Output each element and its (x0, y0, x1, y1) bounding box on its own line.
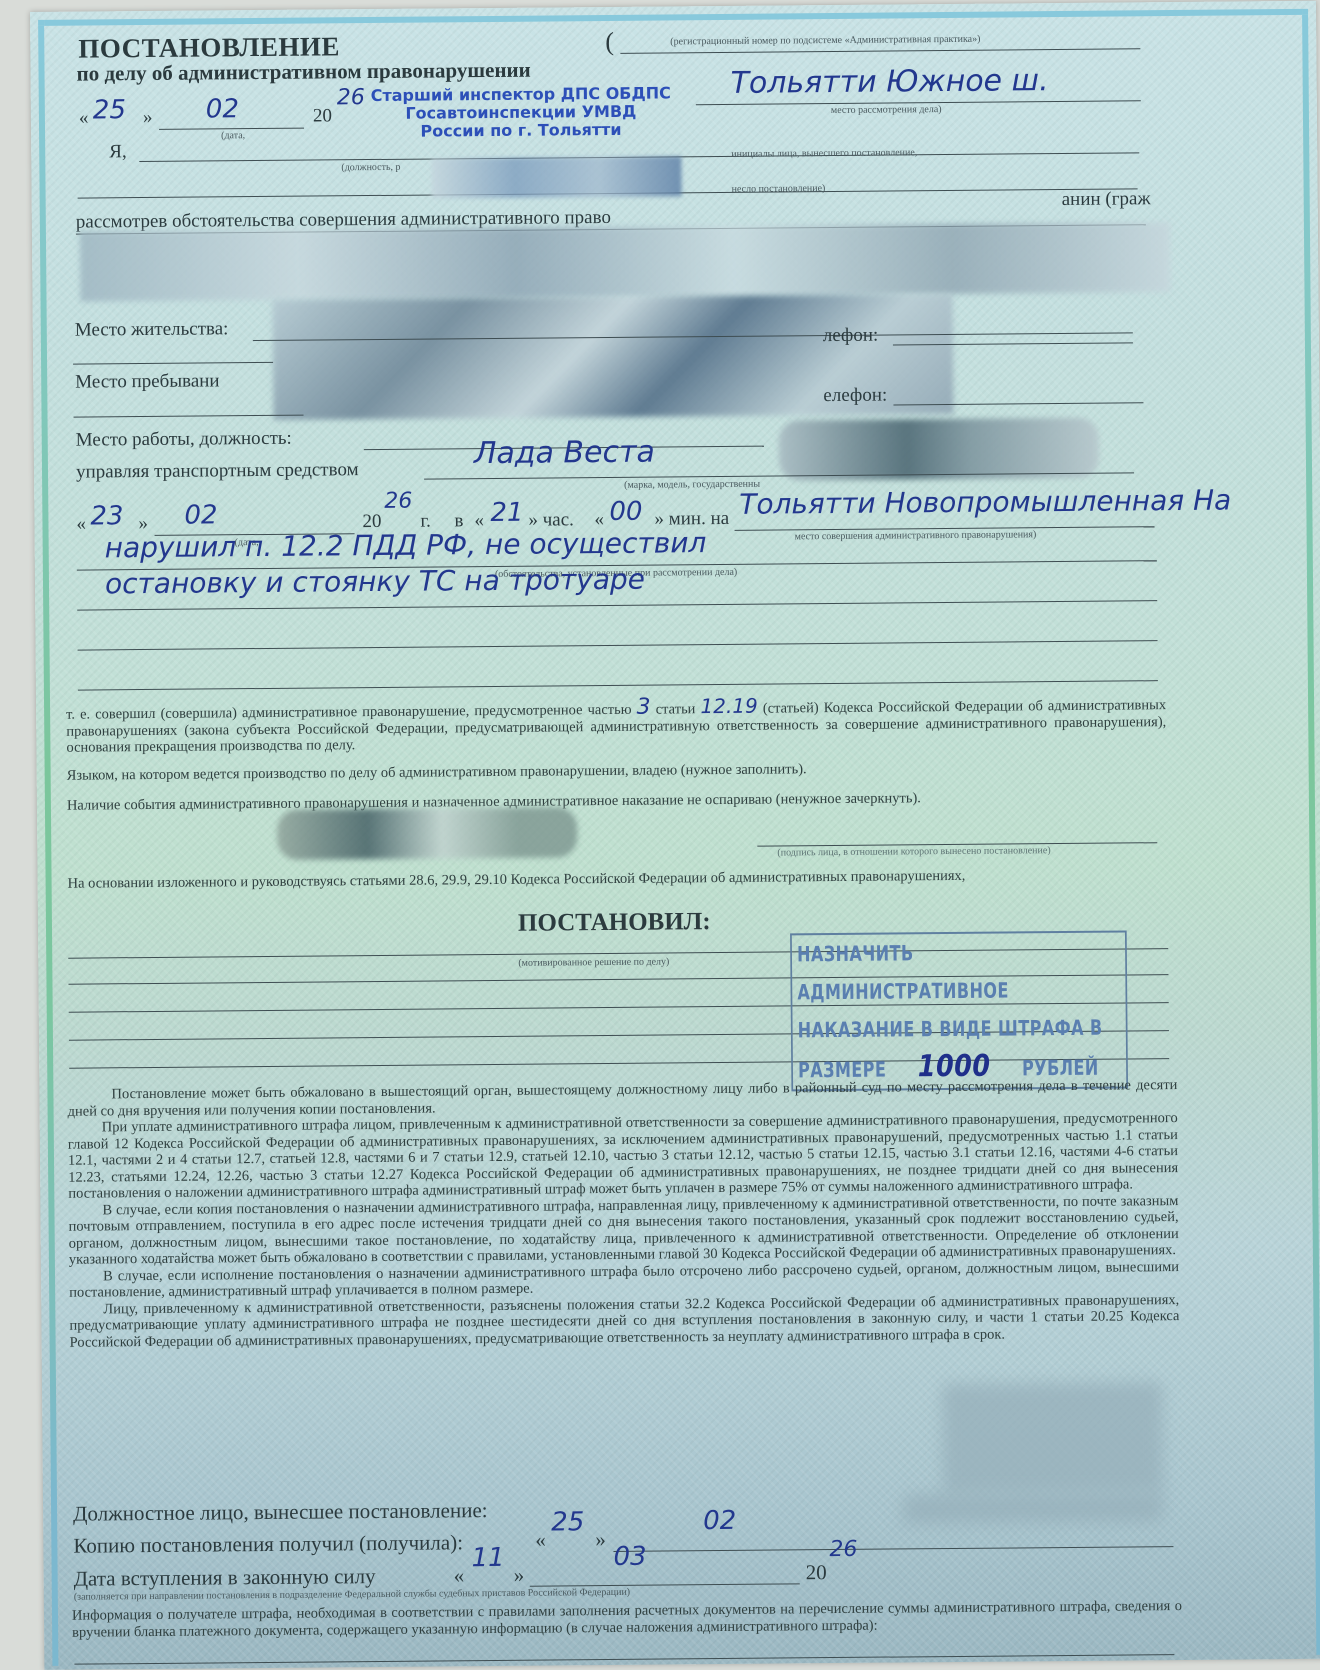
i-label: Я, (109, 141, 127, 163)
legal-paragraph-explanation: Лицу, привлеченному к административной о… (69, 1292, 1179, 1351)
violation-paragraph: т. е. совершил (совершила) административ… (66, 694, 1166, 756)
officer-stamp: Старший инспектор ДПС ОБДПС Госавтоинспе… (356, 84, 686, 141)
phone-label-1: лефон: (823, 325, 879, 347)
phone-label-2: елефон: (823, 385, 887, 408)
vehicle-value: Лада Веста (474, 435, 655, 472)
issue-month: 02 (206, 94, 239, 124)
offense-month: 02 (184, 500, 217, 530)
copy-received-month: 02 (703, 1506, 736, 1536)
work-label: Место работы, должность: (76, 428, 292, 452)
violation-articles-label: (статьей) (763, 700, 819, 716)
decision-caption: (мотивированное решение по делу) (518, 956, 669, 968)
place-of-review-value: Тольятти Южное ш. (730, 63, 1048, 101)
stay-label: Место пребывани (75, 370, 219, 393)
copy-date-close: » (595, 1527, 606, 1552)
issue-year-prefix: 20 (313, 105, 332, 127)
copy-date-open: « (535, 1528, 546, 1553)
issue-day: 25 (93, 95, 126, 125)
effective-year-prefix: 20 (806, 1560, 827, 1585)
offense-day: 23 (90, 501, 123, 531)
offense-hour: 21 (490, 498, 523, 528)
effective-year-suffix: 26 (829, 1537, 857, 1562)
effective-day: 11 (471, 1543, 504, 1573)
violation-part: 3 (636, 695, 650, 720)
offense-year-suffix: 26 (384, 489, 412, 514)
legal-paragraph-mail: В случае, если копия постановления о наз… (68, 1193, 1179, 1269)
officer-caption-3: несло постановление) (732, 183, 826, 195)
effective-month: 03 (613, 1542, 646, 1572)
date-open-quote: « (79, 107, 89, 129)
document-subtitle: по делу об административном правонарушен… (76, 58, 530, 87)
circumstances-line-1: нарушил п. 12.2 ПДД РФ, не осуществил (105, 526, 707, 564)
citizen-label: анин (граж (1062, 188, 1151, 211)
offense-minute: 00 (609, 497, 642, 527)
vehicle-label: управляя транспортным средством (76, 459, 359, 483)
redacted-block-top (431, 156, 681, 198)
offense-date-open: « (76, 514, 86, 536)
copy-received-day: 25 (551, 1507, 584, 1537)
redacted-signature (277, 807, 577, 860)
document-sheet: ПОСТАНОВЛЕНИЕ по делу об административно… (30, 1, 1320, 1670)
issue-date-caption: (дата, (221, 130, 245, 141)
legal-text: Постановление может быть обжаловано в вы… (67, 1077, 1179, 1351)
violation-article: 12.19 (700, 694, 757, 718)
place-of-review-caption: место рассмотрения дела) (831, 104, 942, 116)
officer-stamp-line-3: России по г. Тольятти (356, 120, 686, 141)
official-label: Должностное лицо, вынесшее постановление… (73, 1498, 488, 1527)
stamp-amount-prefix: РАЗМЕРЕ (798, 1058, 886, 1083)
stamp-line-2: НАКАЗАНИЕ В ВИДЕ ШТРАФА В (798, 1009, 1121, 1050)
redacted-personal-data (80, 222, 1171, 302)
officer-caption-2: инициалы лица, вынесшего постановление, (731, 147, 917, 160)
effective-date-open: « (454, 1563, 465, 1588)
redacted-official (903, 1492, 1163, 1524)
redacted-right-margin (942, 1382, 1163, 1494)
offense-place-value: Тольятти Новопромышленная На (739, 484, 1231, 521)
violation-article-label: статьи (656, 701, 696, 717)
redacted-vehicle-plate (779, 418, 1100, 481)
stamp-line-1: НАЗНАЧИТЬ АДМИНИСТРАТИВНОЕ (797, 933, 1121, 1012)
effective-date-label: Дата вступления в законную силу (74, 1564, 376, 1592)
decided-heading: ПОСТАНОВИЛ: (518, 908, 711, 938)
legal-paragraph-discount: При уплате административного штрафа лицо… (68, 1110, 1179, 1202)
circumstances-line-2: остановку и стоянку ТС на тротуаре (105, 563, 645, 601)
effective-date-close: » (514, 1563, 525, 1588)
fine-stamp: НАЗНАЧИТЬ АДМИНИСТРАТИВНОЕ НАКАЗАНИЕ В В… (790, 930, 1128, 1091)
date-close-quote: » (143, 107, 153, 129)
stamp-amount-suffix: РУБЛЕЙ (1022, 1056, 1099, 1081)
copy-received-label: Копию постановления получил (получила): (73, 1530, 463, 1558)
officer-caption-1: (должность, р (341, 162, 400, 174)
residence-label: Место жительства: (75, 318, 229, 341)
offense-place-caption: место совершения административного право… (795, 529, 1037, 542)
reg-number-bracket: ( (605, 27, 614, 57)
